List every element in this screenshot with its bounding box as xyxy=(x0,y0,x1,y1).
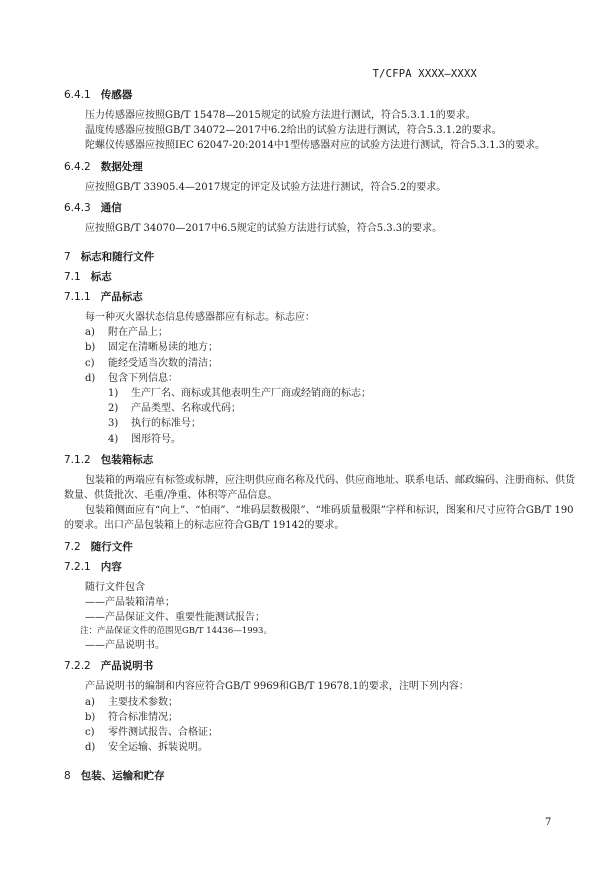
note: 注：产品保证文件的范围见GB/T 14436—1993。 xyxy=(64,625,580,638)
paragraph: 应按照GB/T 34070—2017中6.5规定的试验方法进行试验，符合5.3.… xyxy=(64,221,580,236)
list-marker: d) xyxy=(85,740,108,755)
heading-7-1-1: 7.1.1产品标志 xyxy=(64,290,580,304)
list-marker: 1) xyxy=(108,386,131,401)
list-text: 安全运输、拆装说明。 xyxy=(108,742,208,753)
list-item: c)零件测试报告、合格证； xyxy=(64,725,580,740)
list-marker: b) xyxy=(85,340,108,355)
list-marker: 3) xyxy=(108,416,131,431)
section-number: 7.1.1 xyxy=(64,290,91,304)
paragraph: 压力传感器应按照GB/T 15478—2015规定的试验方法进行测试，符合5.3… xyxy=(64,108,580,123)
paragraph: 温度传感器应按照GB/T 34072—2017中6.2给出的试验方法进行测试，符… xyxy=(64,123,580,138)
list-text: 包含下列信息： xyxy=(108,373,178,384)
list-item: d)安全运输、拆装说明。 xyxy=(64,740,580,755)
list-text: 附在产品上； xyxy=(108,327,168,338)
paragraph: 应按照GB/T 33905.4—2017规定的评定及试验方法进行测试，符合5.2… xyxy=(64,180,580,195)
list-text: 产品类型、名称或代码； xyxy=(131,403,241,414)
dash-list-item: ——产品保证文件、重要性能测试报告； xyxy=(64,610,580,625)
page-number: 7 xyxy=(545,817,551,828)
section-title: 内容 xyxy=(101,561,122,573)
list-text: 主要技术参数； xyxy=(108,697,178,708)
list-text: 执行的标准号； xyxy=(131,418,201,429)
list-marker: d) xyxy=(85,371,108,386)
list-item: a)附在产品上； xyxy=(64,325,580,340)
list-item: c)能经受适当次数的清洁； xyxy=(64,356,580,371)
section-title: 产品说明书 xyxy=(101,660,154,672)
section-title: 标志 xyxy=(91,271,112,283)
section-number: 7.1 xyxy=(64,270,81,284)
heading-7-2-1: 7.2.1内容 xyxy=(64,560,580,574)
section-number: 7.2.1 xyxy=(64,560,91,574)
heading-7: 7标志和随行文件 xyxy=(64,250,580,264)
list-item: b)固定在清晰易读的地方； xyxy=(64,340,580,355)
list-item: d)包含下列信息： xyxy=(64,371,580,386)
list-marker: a) xyxy=(85,695,108,710)
section-title: 通信 xyxy=(101,202,122,214)
section-title: 产品标志 xyxy=(101,291,143,303)
section-title: 数据处理 xyxy=(101,161,143,173)
section-number: 7 xyxy=(64,250,71,264)
document-id-header: T/CFPA XXXX—XXXX xyxy=(373,68,477,80)
section-title: 包装、运输和贮存 xyxy=(81,770,165,782)
section-number: 6.4.2 xyxy=(64,160,91,174)
list-text: 能经受适当次数的清洁； xyxy=(108,358,218,369)
sub-list-item: 3)执行的标准号； xyxy=(64,416,580,431)
list-marker: 4) xyxy=(108,432,131,447)
heading-6-4-2: 6.4.2数据处理 xyxy=(64,160,580,174)
paragraph: 随行文件包含 xyxy=(64,580,580,595)
document-page: T/CFPA XXXX—XXXX 6.4.1传感器 压力传感器应按照GB/T 1… xyxy=(0,0,615,877)
document-body: 6.4.1传感器 压力传感器应按照GB/T 15478—2015规定的试验方法进… xyxy=(64,88,580,789)
paragraph: 包装箱侧面应有“向上”、“怕雨”、“堆码层数极限”、“堆码质量极限”字样和标识，… xyxy=(64,503,580,533)
sub-list-item: 2)产品类型、名称或代码； xyxy=(64,401,580,416)
section-title: 标志和随行文件 xyxy=(81,251,155,263)
dash-list-item: ——产品装箱清单； xyxy=(64,595,580,610)
section-title: 包装箱标志 xyxy=(101,454,154,466)
list-marker: c) xyxy=(85,725,108,740)
heading-7-2: 7.2随行文件 xyxy=(64,540,580,554)
section-number: 6.4.3 xyxy=(64,201,91,215)
heading-7-1: 7.1标志 xyxy=(64,270,580,284)
paragraph: 陀螺仪传感器应按照IEC 62047-20:2014中1型传感器对应的试验方法进… xyxy=(64,138,580,153)
list-text: 生产厂名、商标或其他表明生产厂商或经销商的标志； xyxy=(131,388,371,399)
section-number: 7.2 xyxy=(64,540,81,554)
list-text: 图形符号。 xyxy=(131,434,181,445)
heading-6-4-3: 6.4.3通信 xyxy=(64,201,580,215)
list-marker: c) xyxy=(85,356,108,371)
list-item: a)主要技术参数； xyxy=(64,695,580,710)
list-marker: 2) xyxy=(108,401,131,416)
list-marker: a) xyxy=(85,325,108,340)
list-text: 符合标准情况； xyxy=(108,712,178,723)
section-number: 7.2.2 xyxy=(64,659,91,673)
heading-6-4-1: 6.4.1传感器 xyxy=(64,88,580,102)
section-title: 传感器 xyxy=(101,89,133,101)
sub-list-item: 1)生产厂名、商标或其他表明生产厂商或经销商的标志； xyxy=(64,386,580,401)
list-text: 固定在清晰易读的地方； xyxy=(108,342,218,353)
sub-list-item: 4)图形符号。 xyxy=(64,432,580,447)
heading-7-2-2: 7.2.2产品说明书 xyxy=(64,659,580,673)
list-text: 零件测试报告、合格证； xyxy=(108,727,218,738)
paragraph: 包装箱的两端应有标签或标牌，应注明供应商名称及代码、供应商地址、联系电话、邮政编… xyxy=(64,473,580,503)
heading-8: 8包装、运输和贮存 xyxy=(64,769,580,783)
section-number: 7.1.2 xyxy=(64,453,91,467)
paragraph: 产品说明书的编制和内容应符合GB/T 9969和GB/T 19678.1的要求，… xyxy=(64,679,580,694)
list-marker: b) xyxy=(85,710,108,725)
section-number: 6.4.1 xyxy=(64,88,91,102)
list-item: b)符合标准情况； xyxy=(64,710,580,725)
section-title: 随行文件 xyxy=(91,541,133,553)
dash-list-item: ——产品说明书。 xyxy=(64,638,580,653)
heading-7-1-2: 7.1.2包装箱标志 xyxy=(64,453,580,467)
paragraph: 每一种灭火器状态信息传感器都应有标志。标志应： xyxy=(64,310,580,325)
section-number: 8 xyxy=(64,769,71,783)
